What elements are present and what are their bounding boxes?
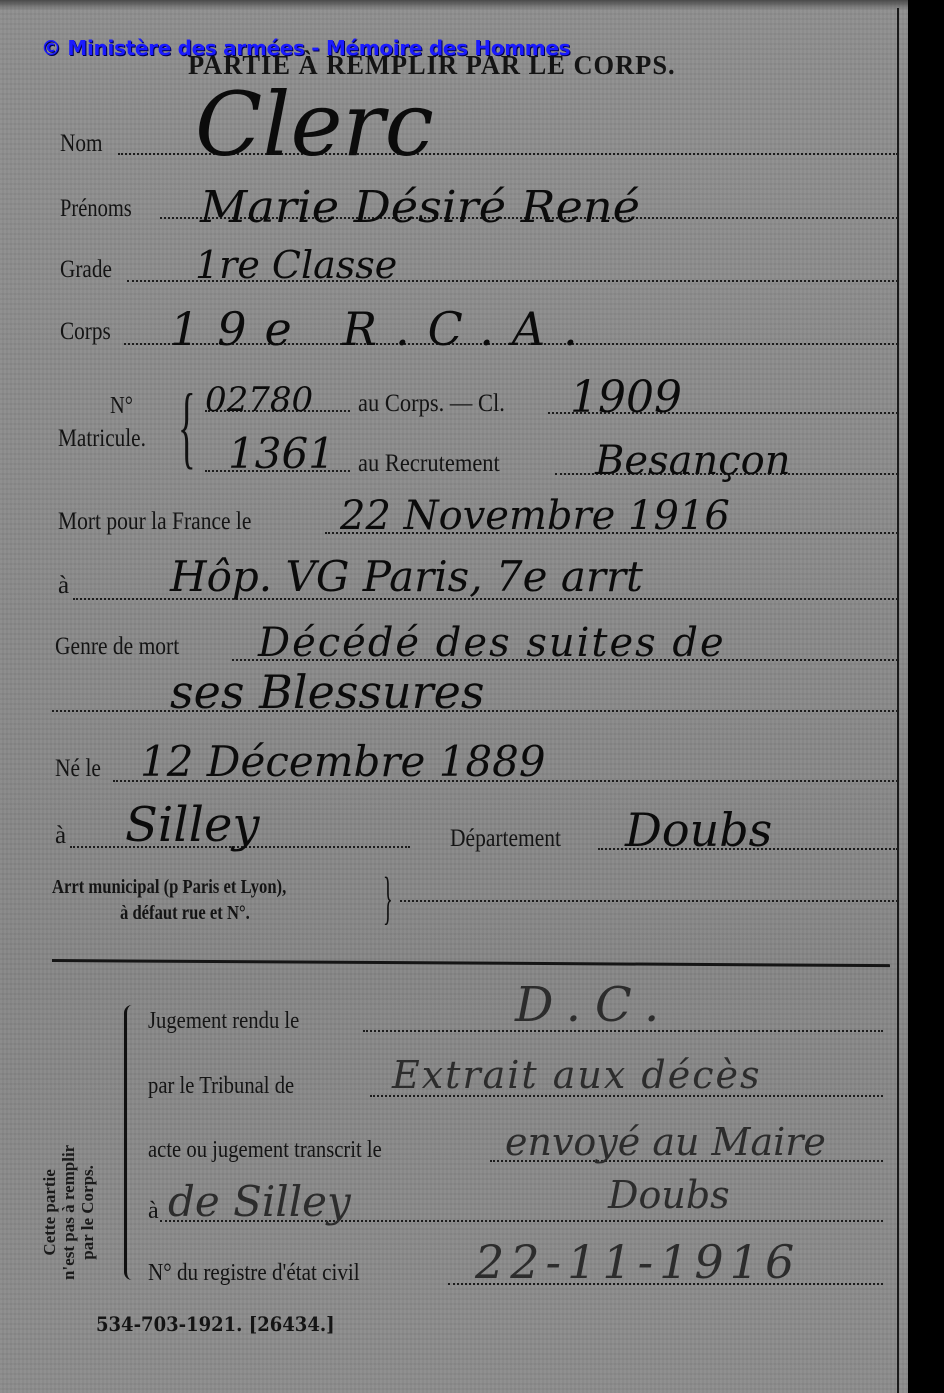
- card-right-border: [897, 8, 899, 1393]
- transcrit-a-value-2: Doubs: [608, 1175, 730, 1215]
- matricule-corps-value: 02780: [205, 382, 313, 418]
- transcrit-label: acte ou jugement transcrit le: [148, 1137, 382, 1164]
- scan-edge-shadow: [0, 0, 908, 10]
- nom-label: Nom: [60, 130, 103, 158]
- mort-date-value: 22 Novembre 1916: [340, 495, 730, 537]
- mort-lieu-label: à: [58, 572, 69, 600]
- grade-value: 1re Classe: [195, 245, 397, 285]
- matricule-label-no: N°: [110, 393, 133, 420]
- arrondissement-dotted-line: [400, 900, 898, 902]
- side-note-line3: par le Corps.: [78, 1145, 97, 1280]
- ne-a-value: Silley: [125, 800, 259, 850]
- prenoms-value: Marie Désiré René: [200, 185, 640, 231]
- form-reference: 534-703-1921. [26434.]: [96, 1312, 335, 1336]
- matricule-brace: {: [178, 380, 196, 472]
- transcrit-a-label: à: [148, 1198, 159, 1225]
- arrondissement-brace: }: [383, 868, 393, 928]
- ne-le-label: Né le: [55, 755, 101, 783]
- matricule-label: Matricule.: [58, 425, 146, 453]
- departement-value: Doubs: [625, 806, 772, 854]
- corps-value: 19e R.C.A.: [170, 305, 596, 353]
- tribunal-value: Extrait aux décès: [392, 1055, 762, 1095]
- nom-value: Clerc: [195, 80, 434, 170]
- jugement-value: D.C.: [515, 980, 673, 1030]
- side-note-line2: n'est pas à remplir: [59, 1145, 78, 1280]
- side-note-line1: Cette partie: [40, 1145, 59, 1280]
- classe-value: 1909: [570, 375, 682, 421]
- prenoms-label: Prénoms: [60, 195, 132, 223]
- mort-lieu-value: Hôp. VG Paris, 7e arrt: [170, 555, 643, 599]
- registre-value: 22-11-1916: [475, 1238, 800, 1286]
- departement-label: Département: [450, 825, 561, 853]
- corps-label: Corps: [60, 318, 111, 346]
- arrondissement-label-line1: Arrt municipal (p Paris et Lyon),: [52, 876, 286, 899]
- section-separator: [52, 959, 890, 967]
- transcrit-value: envoyé au Maire: [505, 1122, 826, 1162]
- transcrit-a-value: de Silley: [168, 1180, 351, 1224]
- au-corps-label: au Corps. — Cl.: [358, 390, 505, 418]
- copyright-watermark: © Ministère des armées - Mémoire des Hom…: [41, 36, 570, 60]
- ne-le-value: 12 Décembre 1889: [140, 740, 546, 784]
- jugement-label: Jugement rendu le: [148, 1008, 299, 1035]
- grade-label: Grade: [60, 256, 112, 284]
- genre-mort-value-line1: Décédé des suites de: [258, 622, 726, 664]
- matricule-recrutement-value: 1361: [228, 432, 335, 476]
- genre-mort-label: Genre de mort: [55, 633, 179, 661]
- au-recrutement-label: au Recrutement: [358, 450, 500, 478]
- civil-section-brace: [124, 1005, 135, 1280]
- registre-label: N° du registre d'état civil: [148, 1260, 360, 1287]
- genre-mort-value-line2: ses Blessures: [170, 668, 484, 716]
- record-card: © Ministère des armées - Mémoire des Hom…: [0, 0, 908, 1393]
- recrutement-value: Besançon: [595, 440, 790, 482]
- arrondissement-label-line2: à défaut rue et N°.: [120, 902, 250, 925]
- ne-a-label: à: [55, 822, 66, 850]
- mort-date-label: Mort pour la France le: [58, 508, 251, 536]
- tribunal-label: par le Tribunal de: [148, 1073, 294, 1100]
- side-note: Cette partie n'est pas à remplir par le …: [40, 1145, 97, 1280]
